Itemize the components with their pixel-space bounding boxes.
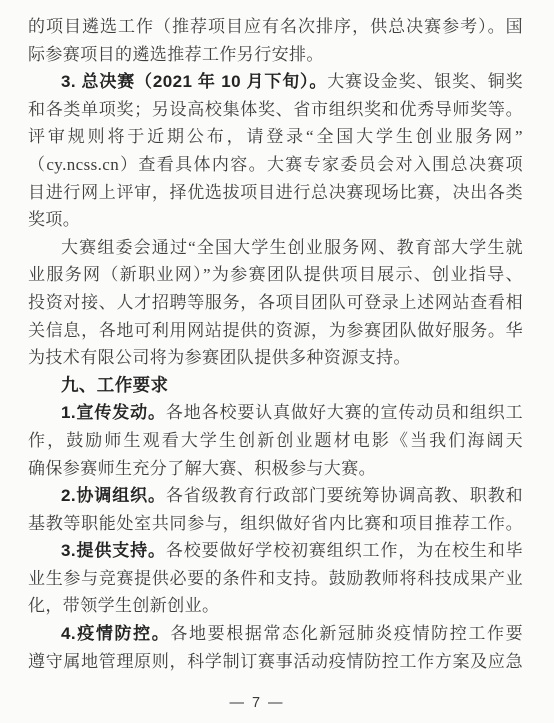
line-text: 化，带领学生创新创业。	[28, 596, 219, 615]
text-line: （cy.ncss.cn）查看具体内容。大赛专家委员会对入围总决赛项	[28, 151, 523, 179]
text-line: 关信息，各地可利用网站提供的资源，为参赛团队做好服务。华	[28, 317, 523, 345]
line-text: 各校要做好学校初赛组织工作，为在校生和毕	[166, 541, 523, 560]
line-text: 目进行网上评审，择优选拔项目进行总决赛现场比赛，决出各类	[28, 183, 523, 202]
line-text: 评审规则将于近期公布，请登录“全国大学生创业服务网”	[28, 127, 523, 146]
line-text: 大赛组委会通过“全国大学生创业服务网、教育部大学生就	[61, 238, 523, 257]
text-line: 化，带领学生创新创业。	[28, 592, 523, 620]
line-text: 际参赛项目的遴选推荐工作另行安排。	[28, 45, 324, 64]
text-line: 2.协调组织。各省级教育行政部门要统筹协调高教、职教和	[28, 482, 523, 510]
line-text: 的项目遴选工作（推荐项目应有名次排序，供总决赛参考）。国	[28, 17, 523, 36]
text-line: 作，鼓励师生观看大学生创新创业题材电影《当我们海阔天空》，	[28, 427, 523, 455]
text-line: 1.宣传发动。各地各校要认真做好大赛的宣传动员和组织工	[28, 399, 523, 427]
bold-lead: 1.宣传发动。	[61, 403, 166, 422]
line-text: 业生参与竞赛提供必要的条件和支持。鼓励教师将科技成果产业	[28, 569, 523, 588]
text-line: 3. 总决赛（2021 年 10 月下旬）。大赛设金奖、银奖、铜奖	[28, 68, 523, 96]
text-line: 评审规则将于近期公布，请登录“全国大学生创业服务网”	[28, 123, 523, 151]
bold-lead: 九、工作要求	[61, 375, 168, 395]
text-line: 遵守属地管理原则，科学制订赛事活动疫情防控工作方案及应急	[28, 648, 523, 676]
line-text: 遵守属地管理原则，科学制订赛事活动疫情防控工作方案及应急	[28, 652, 523, 671]
text-line: 大赛组委会通过“全国大学生创业服务网、教育部大学生就	[28, 234, 523, 262]
text-line: 3.提供支持。各校要做好学校初赛组织工作，为在校生和毕	[28, 537, 523, 565]
line-text: （cy.ncss.cn）查看具体内容。大赛专家委员会对入围总决赛项	[28, 155, 523, 174]
line-text: 投资对接、人才招聘等服务，各项目团队可登录上述网站查看相	[28, 293, 523, 312]
line-text: 各省级教育行政部门要统筹协调高教、职教和	[166, 486, 523, 505]
line-text: 大赛设金奖、银奖、铜奖	[327, 72, 523, 91]
line-text: 和各类单项奖；另设高校集体奖、省市组织奖和优秀导师奖等。	[28, 100, 523, 119]
text-line: 目进行网上评审，择优选拔项目进行总决赛现场比赛，决出各类	[28, 179, 523, 207]
bold-lead: 2.协调组织。	[61, 486, 166, 505]
text-line: 确保参赛师生充分了解大赛、积极参与大赛。	[28, 455, 523, 483]
text-line: 奖项。	[28, 206, 523, 234]
line-text: 奖项。	[28, 210, 80, 229]
text-line: 际参赛项目的遴选推荐工作另行安排。	[28, 41, 523, 69]
bold-lead: 4.疫情防控。	[61, 624, 170, 643]
document-page: 的项目遴选工作（推荐项目应有名次排序，供总决赛参考）。国际参赛项目的遴选推荐工作…	[0, 0, 554, 723]
line-text: 关信息，各地可利用网站提供的资源，为参赛团队做好服务。华	[28, 321, 523, 340]
line-text: 为技术有限公司将为参赛团队提供多种资源支持。	[28, 348, 411, 367]
bold-lead: 3.提供支持。	[61, 541, 166, 560]
document-body: 的项目遴选工作（推荐项目应有名次排序，供总决赛参考）。国际参赛项目的遴选推荐工作…	[28, 13, 523, 675]
line-text: 基教等职能处室共同参与，组织做好省内比赛和项目推荐工作。	[28, 514, 523, 533]
text-line: 的项目遴选工作（推荐项目应有名次排序，供总决赛参考）。国	[28, 13, 523, 41]
bold-lead: 3. 总决赛（2021 年 10 月下旬）。	[61, 72, 327, 91]
text-line: 为技术有限公司将为参赛团队提供多种资源支持。	[28, 344, 523, 372]
line-text: 作，鼓励师生观看大学生创新创业题材电影《当我们海阔天空》，	[28, 431, 523, 455]
section-heading: 九、工作要求	[28, 372, 523, 400]
text-line: 投资对接、人才招聘等服务，各项目团队可登录上述网站查看相	[28, 289, 523, 317]
page-number: — 7 —	[0, 695, 514, 711]
text-line: 和各类单项奖；另设高校集体奖、省市组织奖和优秀导师奖等。	[28, 96, 523, 124]
line-text: 各地各校要认真做好大赛的宣传动员和组织工	[166, 403, 523, 422]
text-line: 4.疫情防控。各地要根据常态化新冠肺炎疫情防控工作要求，	[28, 620, 523, 648]
text-line: 业生参与竞赛提供必要的条件和支持。鼓励教师将科技成果产业	[28, 565, 523, 593]
line-text: 确保参赛师生充分了解大赛、积极参与大赛。	[28, 459, 376, 478]
text-line: 业服务网（新职业网）”为参赛团队提供项目展示、创业指导、	[28, 261, 523, 289]
text-line: 基教等职能处室共同参与，组织做好省内比赛和项目推荐工作。	[28, 510, 523, 538]
line-text: 业服务网（新职业网）”为参赛团队提供项目展示、创业指导、	[28, 265, 523, 284]
